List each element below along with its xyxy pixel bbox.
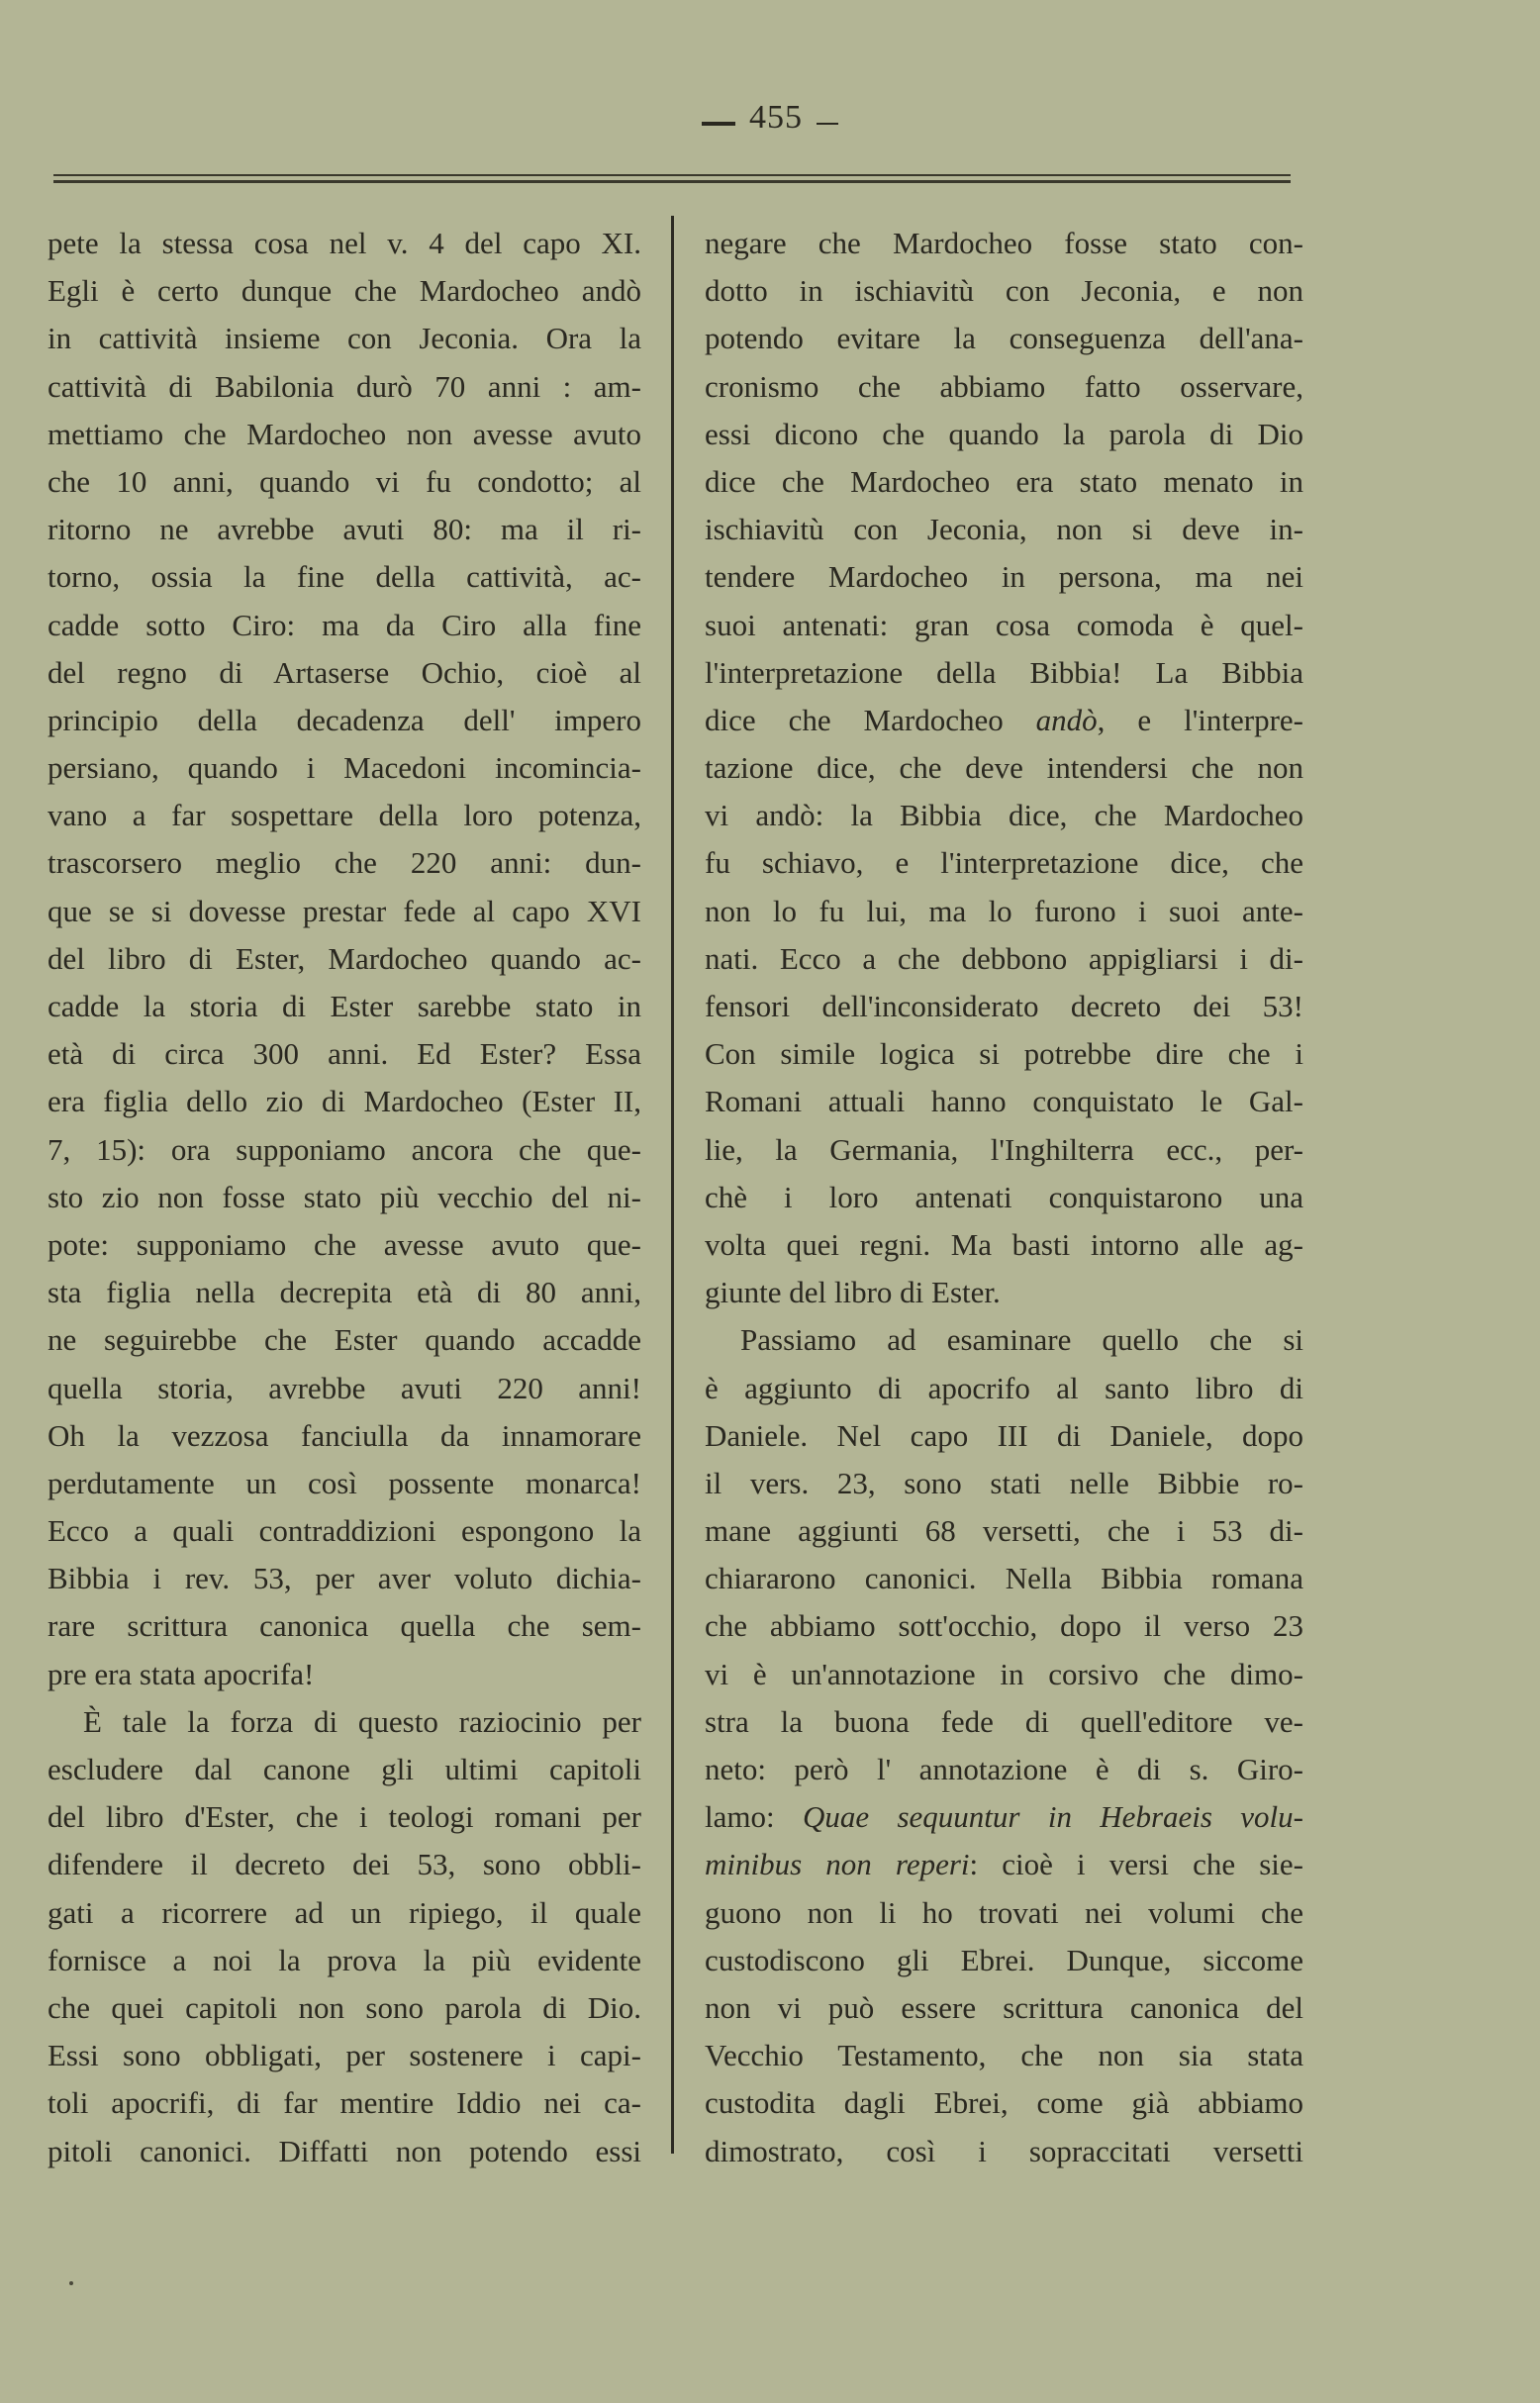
text-line: escludere dal canone gli ultimi capitoli xyxy=(48,1746,641,1793)
italic-text: Quae sequuntur in Hebraeis volu- xyxy=(803,1799,1303,1834)
text-line: minibus non reperi: cioè i versi che sie… xyxy=(705,1841,1303,1888)
header-rule xyxy=(53,174,1291,183)
text-line: l'interpretazione della Bibbia! La Bibbi… xyxy=(705,649,1303,697)
right-column: negare che Mardocheo fosse stato con-dot… xyxy=(705,220,1303,2175)
text-line: cronismo che abbiamo fatto osservare, xyxy=(705,363,1303,411)
text-line: custodita dagli Ebrei, come già abbiamo xyxy=(705,2079,1303,2127)
text-line: perdutamente un così possente monarca! xyxy=(48,1460,641,1507)
italic-text: andò xyxy=(1036,703,1098,737)
text-line: toli apocrifi, di far mentire Iddio nei … xyxy=(48,2079,641,2127)
text-line: mane aggiunti 68 versetti, che i 53 di- xyxy=(705,1507,1303,1555)
text-line: del libro di Ester, Mardocheo quando ac- xyxy=(48,935,641,983)
text-line: lamo: Quae sequuntur in Hebraeis volu- xyxy=(705,1793,1303,1841)
text-line: tendere Mardocheo in persona, ma nei xyxy=(705,553,1303,601)
text-line: Egli è certo dunque che Mardocheo andò xyxy=(48,267,641,315)
column-divider xyxy=(671,216,674,2154)
text-line: non vi può essere scrittura canonica del xyxy=(705,1984,1303,2032)
text-line: dimostrato, così i sopraccitati versetti xyxy=(705,2128,1303,2175)
text-line: fensori dell'inconsiderato decreto dei 5… xyxy=(705,983,1303,1030)
text-line: ne seguirebbe che Ester quando accadde xyxy=(48,1316,641,1364)
text-line: non lo fu lui, ma lo furono i suoi ante- xyxy=(705,888,1303,935)
text-line: Oh la vezzosa fanciulla da innamorare xyxy=(48,1412,641,1460)
text-line: fu schiavo, e l'interpretazione dice, ch… xyxy=(705,839,1303,887)
text-line: volta quei regni. Ma basti intorno alle … xyxy=(705,1221,1303,1269)
text-line: vi andò: la Bibbia dice, che Mardocheo xyxy=(705,792,1303,839)
text-line: che 10 anni, quando vi fu condotto; al xyxy=(48,458,641,506)
text-line: ischiavitù con Jeconia, non si deve in- xyxy=(705,506,1303,553)
header-dash-right xyxy=(817,123,838,125)
paper-speck xyxy=(69,2281,73,2285)
text-line: del libro d'Ester, che i teologi romani … xyxy=(48,1793,641,1841)
text-line: lie, la Germania, l'Inghilterra ecc., pe… xyxy=(705,1126,1303,1174)
text-line: neto: però l' annotazione è di s. Giro- xyxy=(705,1746,1303,1793)
text-line: potendo evitare la conseguenza dell'ana- xyxy=(705,315,1303,362)
text-line: Romani attuali hanno conquistato le Gal- xyxy=(705,1078,1303,1125)
text-line: suoi antenati: gran cosa comoda è quel- xyxy=(705,602,1303,649)
italic-text: minibus non reperi xyxy=(705,1847,970,1881)
text-line: chè i loro antenati conquistarono una xyxy=(705,1174,1303,1221)
text-line: chiararono canonici. Nella Bibbia romana xyxy=(705,1555,1303,1602)
text-line: giunte del libro di Ester. xyxy=(705,1269,1303,1316)
text-line: principio della decadenza dell' impero xyxy=(48,697,641,744)
text-line: difendere il decreto dei 53, sono obbli- xyxy=(48,1841,641,1888)
text-line: persiano, quando i Macedoni incomincia- xyxy=(48,744,641,792)
text-line: dice che Mardocheo andò, e l'interpre- xyxy=(705,697,1303,744)
text-line: essi dicono che quando la parola di Dio xyxy=(705,411,1303,458)
text-line: pitoli canonici. Diffatti non potendo es… xyxy=(48,2128,641,2175)
text-line: ritorno ne avrebbe avuti 80: ma il ri- xyxy=(48,506,641,553)
text-line: cadde sotto Ciro: ma da Ciro alla fine xyxy=(48,602,641,649)
text-line: il vers. 23, sono stati nelle Bibbie ro- xyxy=(705,1460,1303,1507)
text-line: Passiamo ad esaminare quello che si xyxy=(705,1316,1303,1364)
text-line: gati a ricorrere ad un ripiego, il quale xyxy=(48,1889,641,1937)
text-line: que se si dovesse prestar fede al capo X… xyxy=(48,888,641,935)
text-line: rare scrittura canonica quella che sem- xyxy=(48,1602,641,1650)
text-line: Essi sono obbligati, per sostenere i cap… xyxy=(48,2032,641,2079)
page-header: 455 xyxy=(0,99,1540,137)
text-line: Daniele. Nel capo III di Daniele, dopo xyxy=(705,1412,1303,1460)
text-line: Ecco a quali contraddizioni espongono la xyxy=(48,1507,641,1555)
text-line: dice che Mardocheo era stato menato in xyxy=(705,458,1303,506)
text-line: torno, ossia la fine della cattività, ac… xyxy=(48,553,641,601)
text-line: pote: supponiamo che avesse avuto que- xyxy=(48,1221,641,1269)
text-line: stra la buona fede di quell'editore ve- xyxy=(705,1698,1303,1746)
text-line: custodiscono gli Ebrei. Dunque, siccome xyxy=(705,1937,1303,1984)
header-dash-left xyxy=(702,122,735,126)
text-line: guono non li ho trovati nei volumi che xyxy=(705,1889,1303,1937)
text-line: era figlia dello zio di Mardocheo (Ester… xyxy=(48,1078,641,1125)
text-line: mettiamo che Mardocheo non avesse avuto xyxy=(48,411,641,458)
text-line: sto zio non fosse stato più vecchio del … xyxy=(48,1174,641,1221)
text-line: cattività di Babilonia durò 70 anni : am… xyxy=(48,363,641,411)
text-line: nati. Ecco a che debbono appigliarsi i d… xyxy=(705,935,1303,983)
text-line: del regno di Artaserse Ochio, cioè al xyxy=(48,649,641,697)
text-line: cadde la storia di Ester sarebbe stato i… xyxy=(48,983,641,1030)
page-number: 455 xyxy=(749,99,803,136)
text-line: Vecchio Testamento, che non sia stata xyxy=(705,2032,1303,2079)
text-line: pre era stata apocrifa! xyxy=(48,1651,641,1698)
text-line: È tale la forza di questo raziocinio per xyxy=(48,1698,641,1746)
text-line: Bibbia i rev. 53, per aver voluto dichia… xyxy=(48,1555,641,1602)
text-line: negare che Mardocheo fosse stato con- xyxy=(705,220,1303,267)
text-line: vi è un'annotazione in corsivo che dimo- xyxy=(705,1651,1303,1698)
text-line: 7, 15): ora supponiamo ancora che que- xyxy=(48,1126,641,1174)
text-line: vano a far sospettare della loro potenza… xyxy=(48,792,641,839)
text-line: che abbiamo sott'occhio, dopo il verso 2… xyxy=(705,1602,1303,1650)
text-line: Con simile logica si potrebbe dire che i xyxy=(705,1030,1303,1078)
text-line: quella storia, avrebbe avuti 220 anni! xyxy=(48,1365,641,1412)
text-line: è aggiunto di apocrifo al santo libro di xyxy=(705,1365,1303,1412)
text-line: trascorsero meglio che 220 anni: dun- xyxy=(48,839,641,887)
text-line: sta figlia nella decrepita età di 80 ann… xyxy=(48,1269,641,1316)
left-column: pete la stessa cosa nel v. 4 del capo XI… xyxy=(48,220,641,2175)
text-line: tazione dice, che deve intendersi che no… xyxy=(705,744,1303,792)
text-line: pete la stessa cosa nel v. 4 del capo XI… xyxy=(48,220,641,267)
text-line: fornisce a noi la prova la più evidente xyxy=(48,1937,641,1984)
text-line: dotto in ischiavitù con Jeconia, e non xyxy=(705,267,1303,315)
text-line: età di circa 300 anni. Ed Ester? Essa xyxy=(48,1030,641,1078)
text-line: in cattività insieme con Jeconia. Ora la xyxy=(48,315,641,362)
text-line: che quei capitoli non sono parola di Dio… xyxy=(48,1984,641,2032)
